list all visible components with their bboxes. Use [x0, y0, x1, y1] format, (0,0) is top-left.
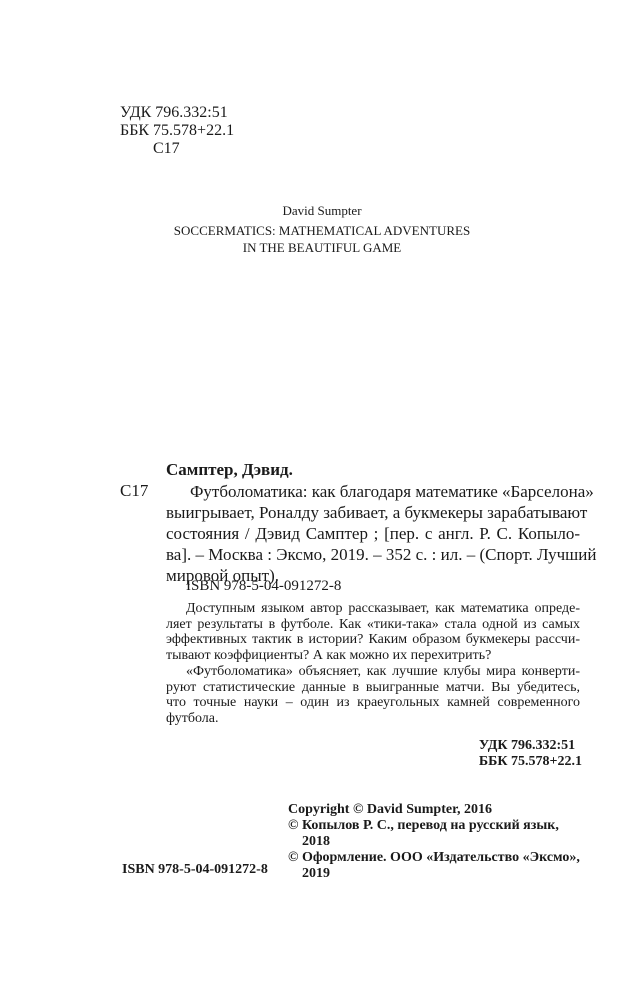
annotation-line: тывают коэффициенты? А как можно их пере… [166, 648, 580, 664]
bib-line: выигрывает, Роналду забивает, а букмекер… [166, 502, 580, 523]
bib-author-heading: Самптер, Дэвид. [166, 460, 293, 480]
bbk-code: ББК 75.578+22.1 [120, 122, 234, 140]
bib-author-mark: С17 [120, 481, 148, 501]
original-author: David Sumpter [0, 203, 644, 219]
annotation-line: ляет результаты в футболе. Как «тики-так… [166, 617, 580, 633]
annotation: Доступным языком автор рассказывает, как… [166, 601, 580, 727]
bib-line: ва]. – Москва : Эксмо, 2019. – 352 с. : … [166, 544, 580, 565]
annotation-line: футбола. [166, 711, 580, 727]
bib-line: Футболоматика: как благодаря математике … [166, 481, 580, 502]
bibliographic-description: Футболоматика: как благодаря математике … [166, 481, 580, 586]
footer-isbn: ISBN 978-5-04-091272-8 [122, 862, 268, 878]
original-title: SOCCERMATICS: MATHEMATICAL ADVENTURES IN… [0, 222, 644, 256]
annotation-line: эффективных тактик в истории? Каким обра… [166, 632, 580, 648]
udk-code: УДК 796.332:51 [120, 104, 234, 122]
copyright-line: © Оформление. ООО «Издательство «Эксмо», [288, 850, 580, 866]
annotation-line: что точные науки – один из краеугольных … [166, 695, 580, 711]
copyright-line: 2019 [288, 866, 580, 882]
isbn: ISBN 978-5-04-091272-8 [186, 578, 341, 595]
original-title-line: IN THE BEAUTIFUL GAME [0, 239, 644, 256]
classification-codes-top: УДК 796.332:51 ББК 75.578+22.1 С17 [120, 104, 234, 158]
original-title-line: SOCCERMATICS: MATHEMATICAL ADVENTURES [0, 222, 644, 239]
bbk-code-bold: ББК 75.578+22.1 [479, 754, 582, 770]
bib-line: состояния / Дэвид Самптер ; [пер. с англ… [166, 523, 580, 544]
copyright-block: Copyright © David Sumpter, 2016 © Копыло… [288, 802, 580, 882]
udk-code-bold: УДК 796.332:51 [479, 738, 582, 754]
classification-codes-bold: УДК 796.332:51 ББК 75.578+22.1 [479, 738, 582, 770]
annotation-line: руют статистические данные в выигранные … [166, 680, 580, 696]
copyright-line: © Копылов Р. С., перевод на русский язык… [288, 818, 580, 834]
copyright-line: Copyright © David Sumpter, 2016 [288, 802, 580, 818]
author-mark: С17 [120, 140, 234, 158]
copyright-line: 2018 [288, 834, 580, 850]
annotation-line: «Футболоматика» объясняет, как лучшие кл… [166, 664, 580, 680]
annotation-line: Доступным языком автор рассказывает, как… [166, 601, 580, 617]
